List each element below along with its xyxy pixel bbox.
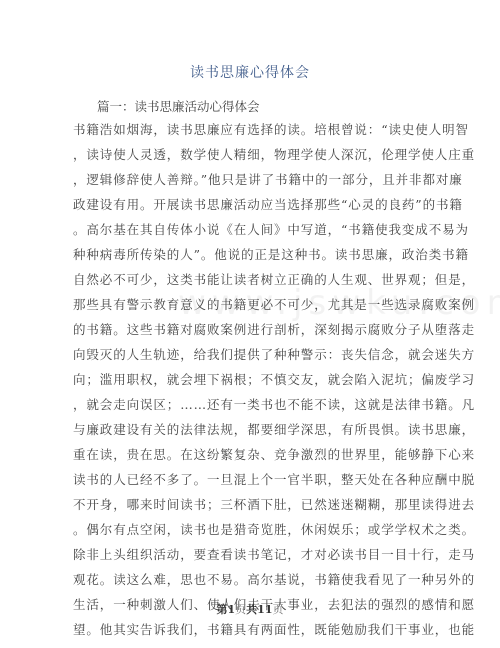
text-line: 向毁灭的人生轨迹，给我们提供了种种警示：丧失信念，就会迷失方 xyxy=(73,342,433,367)
text-line: 政建设有用。开展读书思廉活动应当选择那些“心灵的良药”的书籍 xyxy=(73,192,433,217)
text-line: 那些具有警示教育意义的书籍更必不可少，尤其是一些选录腐败案例 xyxy=(73,292,433,317)
body-text: 书籍浩如烟海，读书思廉应有选择的读。培根曾说：“读史使人明智，读诗使人灵透，数学… xyxy=(73,117,433,642)
text-line: ，逻辑修辞使人善辩。”他只是讲了书籍中的一部分，且并非都对廉 xyxy=(73,167,433,192)
total-unit: 页 xyxy=(272,603,283,616)
text-line: 的书籍。这些书籍对腐败案例进行剖析，深刻揭示腐败分子从堕落走 xyxy=(73,317,433,342)
page-unit: 页 xyxy=(235,603,246,616)
text-line: 不开身，哪来时间读书；三杯酒下肚，已然迷迷糊糊，那里读得进去 xyxy=(73,492,433,517)
text-line: 除非上头组织活动，要查看读书笔记，才对必读书目一目十行，走马 xyxy=(73,542,433,567)
document-page: 读书思廉心得体会 篇一：读书思廉活动心得体会 www.jswku.com 书籍浩… xyxy=(0,0,500,648)
document-title: 读书思廉心得体会 xyxy=(0,62,500,82)
text-line: 向；滥用职权，就会埋下祸根；不慎交友，就会陷入泥坑；偏废学习 xyxy=(73,367,433,392)
footer-prefix: 第 xyxy=(217,603,228,616)
text-line: 书籍浩如烟海，读书思廉应有选择的读。培根曾说：“读史使人明智 xyxy=(73,117,433,142)
text-line: 与廉政建设有关的法律法规，都要细学深思，有所畏惧。读书思廉， xyxy=(73,417,433,442)
text-line: ，读诗使人灵透，数学使人精细，物理学使人深沉，伦理学使人庄重 xyxy=(73,142,433,167)
text-line: 。偶尔有点空闲，读书也是猎奇览胜，休闲娱乐；或学学权术之类。 xyxy=(73,517,433,542)
section-heading: 篇一：读书思廉活动心得体会 xyxy=(97,97,260,115)
total-prefix: 共 xyxy=(246,603,257,616)
text-line: 。高尔基在其自传体小说《在人间》中写道，“书籍使我变成不易为 xyxy=(73,217,433,242)
text-line: 自然必不可少，这类书能让读者树立正确的人生观、世界观；但是， xyxy=(73,267,433,292)
text-line: 种种病毒所传染的人”。他说的正是这种书。读书思廉，政治类书籍 xyxy=(73,242,433,267)
text-line: 读书的人已经不多了。一旦混上个一官半职，整天处在各种应酬中脱 xyxy=(73,467,433,492)
page-footer: 第1页共11页 xyxy=(0,601,500,617)
total-pages: 11 xyxy=(257,603,272,616)
text-line: 望。他其实告诉我们，书籍具有两面性，既能勉励我们干事业，也能 xyxy=(73,617,433,642)
text-line: 重在读，贵在思。在这纷繁复杂、竞争激烈的世界里，能够静下心来 xyxy=(73,442,433,467)
text-line: 观花。读这么难，思也不易。高尔基说，书籍使我看见了一种另外的 xyxy=(73,567,433,592)
text-line: ，就会走向误区；……还有一类书也不能不读，这就是法律书籍。凡 xyxy=(73,392,433,417)
